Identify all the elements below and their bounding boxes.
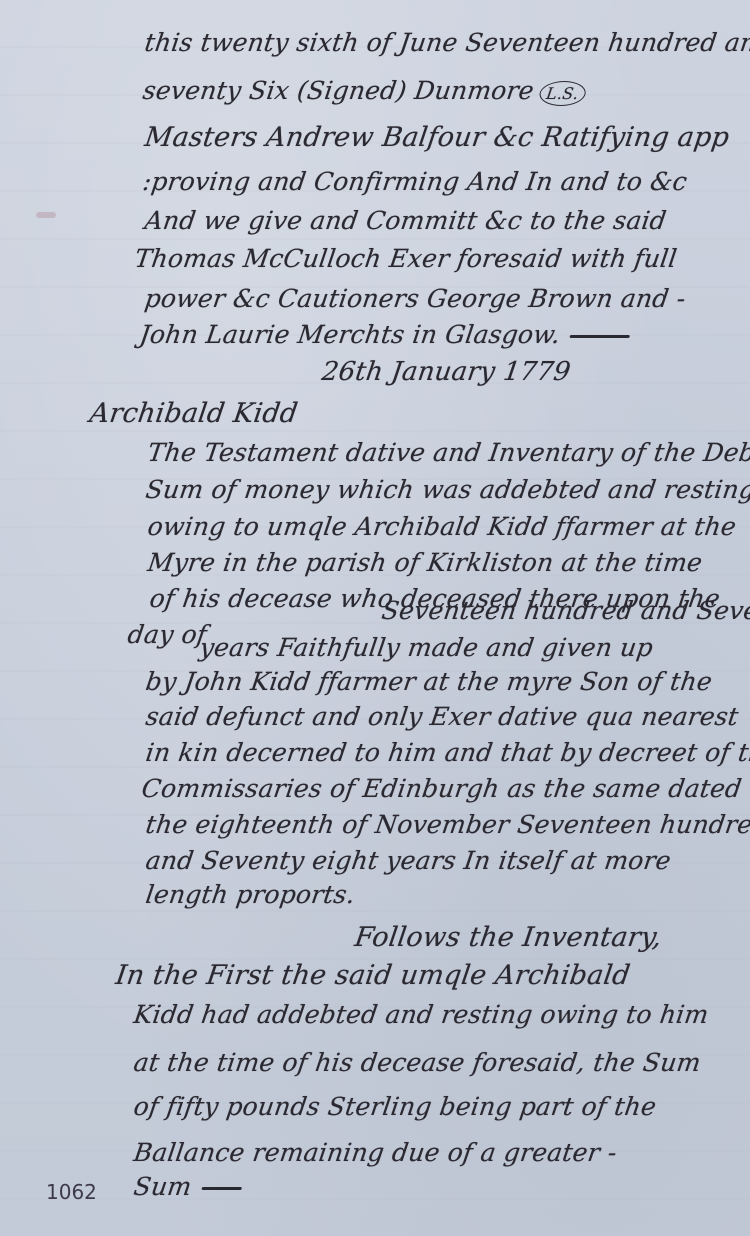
text-line: Kidd had addebted and resting owing to h…: [132, 1000, 711, 1029]
text-line: Commissaries of Edinburgh as the same da…: [140, 774, 744, 803]
inventory-heading: Follows the Inventary,: [353, 922, 664, 953]
entry-date-heading: 26th January 1779: [320, 357, 573, 387]
text-line: the eighteenth of November Seventeen hun…: [144, 810, 750, 839]
text-line: this twenty sixth of June Seventeen hund…: [143, 28, 750, 57]
text-line: Ballance remaining due of a greater -: [132, 1138, 619, 1167]
text-line: And we give and Committ &c to the said: [143, 206, 668, 235]
text-line: day of: [126, 620, 209, 649]
ink-blot: [36, 212, 56, 218]
text-line: In the First the said umqle Archibald: [114, 960, 632, 991]
text-line: in kin decerned to him and that by decre…: [144, 738, 750, 767]
text-line: The Testament dative and Inventary of th…: [146, 438, 750, 467]
text-line: John Laurie Merchts in Glasgow.: [138, 320, 632, 349]
text-line: Sum: [132, 1172, 244, 1201]
marginal-name: Archibald Kidd: [88, 398, 300, 429]
manuscript-page: this twenty sixth of June Seventeen hund…: [0, 0, 750, 1236]
text-line: seventy Six (Signed) DunmoreL.S.: [141, 76, 588, 106]
text-line: power &c Cautioners George Brown and -: [143, 284, 688, 313]
text-line: by John Kidd ffarmer at the myre Son of …: [144, 667, 714, 696]
text-line: of fifty pounds Sterling being part of t…: [132, 1092, 658, 1121]
text-line-content: John Laurie Merchts in Glasgow.: [138, 320, 562, 349]
text-line: said defunct and only Exer dative qua ne…: [144, 702, 740, 731]
text-line: length proports.: [144, 880, 357, 909]
text-line: at the time of his decease foresaid, the…: [132, 1048, 703, 1077]
seal-mark: L.S.: [538, 81, 588, 106]
text-line: years Faithfully made and given up: [198, 633, 655, 662]
text-line: Seventeen hundred and Seventy: [380, 596, 750, 625]
closing-flourish: [570, 335, 630, 338]
text-line: and Seventy eight years In itself at mor…: [144, 846, 673, 875]
text-line: Thomas McCulloch Exer foresaid with full: [133, 244, 679, 273]
text-line: Masters Andrew Balfour &c Ratifying app: [143, 122, 731, 153]
text-line-content: seventy Six (Signed) Dunmore: [141, 76, 536, 105]
text-line-content: Sum: [132, 1172, 194, 1201]
text-line: Sum of money which was addebted and rest…: [144, 475, 750, 504]
folio-number: 1062: [46, 1180, 97, 1204]
text-line: owing to umqle Archibald Kidd ffarmer at…: [146, 512, 738, 541]
text-line: Myre in the parish of Kirkliston at the …: [146, 548, 704, 577]
closing-flourish: [201, 1187, 241, 1190]
text-line: :proving and Confirming And In and to &c: [141, 167, 689, 196]
